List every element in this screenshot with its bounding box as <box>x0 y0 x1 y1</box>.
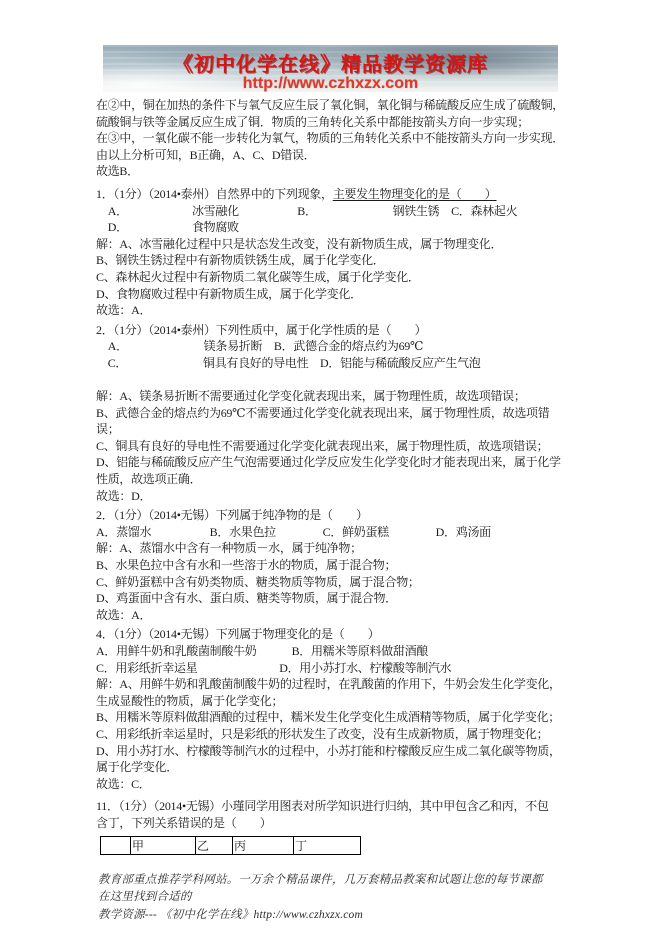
text-segment: C、铜具有良好的导电性不需要通过化学变化就表现出来，属于物理性质，故选项错误； <box>96 439 548 453</box>
text-segment: 由以上分析可知，B正确，A、C、D错误． <box>96 148 315 162</box>
page-footer: 教育部重点推荐学科网站。一万余个精品课件，几万套精品教案和试题让您的每节课都在这… <box>98 872 550 925</box>
relation-table-row: 甲乙丙丁 <box>101 836 361 854</box>
table-cell: 乙 <box>196 836 233 854</box>
text-line: 在②中，铜在加热的条件下与氧气反应生辰了氧化铜，氧化铜与稀硫酸反应生成了硫酸铜， <box>96 97 570 114</box>
text-segment: 属于化学变化． <box>96 760 178 774</box>
underlined-text: 主要发生物理变化的是（ ） <box>333 187 497 201</box>
text-line: D、鸡蛋面中含有水、蛋白质、糖类等物质，属于混合物． <box>96 590 570 607</box>
text-segment: 含丁，下列关系错误的是（ ） <box>96 816 272 830</box>
text-segment: C、森林起火过程中有新物质二氧化碳等生成，属于化学变化． <box>96 270 420 284</box>
text-segment: 1．（1分）（2014•泰州）自然界中的下列现象， <box>96 187 333 201</box>
text-segment: 在②中，铜在加热的条件下与氧气反应生辰了氧化铜，氧化铜与稀硫酸反应生成了硫酸铜， <box>96 98 564 112</box>
text-segment: B、钢铁生锈过程中有新物质铁锈生成，属于化学变化． <box>96 253 385 267</box>
text-line: 故选B． <box>96 163 570 180</box>
text-line: 4．（1分）（2014•无锡）下列属于物理变化的是（ ） <box>96 626 570 643</box>
text-line: 故选：D． <box>96 488 570 505</box>
text-line: 在③中，一氧化碳不能一步转化为氧气，物质的三角转化关系中不能按箭头方向一步实现． <box>96 130 570 147</box>
text-segment: 故选：A． <box>96 608 151 622</box>
text-line: 2．（1分）（2014•泰州）下列性质中，属于化学性质的是（ ） <box>96 322 570 339</box>
relation-table: 甲乙丙丁 <box>100 836 361 855</box>
text-segment: 解：A、蒸馏水中含有一种物质－水，属于纯净物； <box>96 541 362 555</box>
text-segment: B、武德合金的熔点约为69℃不需要通过化学变化就表现出来，属于物理性质，故选项错… <box>96 406 549 437</box>
text-segment: C、鲜奶蛋糕中含有奶类物质、糖类物质等物质，属于混合物； <box>96 575 420 589</box>
text-segment: 故选B． <box>96 164 139 178</box>
document-body: 在②中，铜在加热的条件下与氧气反应生辰了氧化铜，氧化铜与稀硫酸反应生成了硫酸铜，… <box>96 97 570 832</box>
text-line: C、用彩纸折幸运星时，只是彩纸的形状发生了改变，没有生成新物质，属于物理变化； <box>96 726 570 743</box>
text-line: 解：A、镁条易折断不需要通过化学变化就表现出来，属于物理性质，故选项错误； <box>96 388 570 405</box>
text-segment: A．用鲜牛奶和乳酸菌制酸牛奶 B．用糯米等原料做甜酒酿 <box>96 644 428 658</box>
banner-url: http://www.czhxzx.com <box>103 75 558 92</box>
text-line: 解：A、蒸馏水中含有一种物质－水，属于纯净物； <box>96 540 570 557</box>
table-cell: 丁 <box>294 836 361 854</box>
text-segment: 11．（1分）（2014•无锡）小瑾同学用图表对所学知识进行归纳，其中甲包含乙和… <box>96 799 549 813</box>
text-segment: D、用小苏打水、柠檬酸等制汽水的过程中，小苏打能和柠檬酸反应生成二氧化碳等物质， <box>96 744 561 758</box>
text-line: 故选：A． <box>96 607 570 624</box>
text-line: 11．（1分）（2014•无锡）小瑾同学用图表对所学知识进行归纳，其中甲包含乙和… <box>96 798 570 815</box>
text-line: A．用鲜牛奶和乳酸菌制酸牛奶 B．用糯米等原料做甜酒酿 <box>96 643 570 660</box>
text-line: A．蒸馏水 B．水果色拉 C．鲜奶蛋糕 D．鸡汤面 <box>96 524 570 541</box>
text-line: 故选：A． <box>96 302 570 319</box>
text-segment: 解：A、冰雪融化过程中只是状态发生改变，没有新物质生成，属于物理变化． <box>96 237 502 251</box>
text-segment: C．用彩纸折幸运星 D．用小苏打水、柠檬酸等制汽水 <box>96 661 451 675</box>
text-segment: 故选：A． <box>96 303 151 317</box>
text-line: D． 食物腐败 <box>96 219 570 236</box>
table-cell: 丙 <box>233 836 294 854</box>
text-line: D、用小苏打水、柠檬酸等制汽水的过程中，小苏打能和柠檬酸反应生成二氧化碳等物质， <box>96 743 570 760</box>
text-line: 含丁，下列关系错误的是（ ） <box>96 815 570 832</box>
text-segment: D、铝能与稀硫酸反应产生气泡需要通过化学反应发生化学变化时才能表现出来，属于化学 <box>96 455 561 469</box>
text-line: 故选：C． <box>96 776 570 793</box>
text-line: D、食物腐败过程中有新物质生成，属于化学变化． <box>96 286 570 303</box>
text-segment: 解：A、镁条易折断不需要通过化学变化就表现出来，属于物理性质，故选项错误； <box>96 389 526 403</box>
text-segment: B、水果色拉中含有水和一些溶于水的物质，属于混合物； <box>96 558 396 572</box>
text-line: 解：A、冰雪融化过程中只是状态发生改变，没有新物质生成，属于物理变化． <box>96 236 570 253</box>
text-line: A． 镁条易折断 B．武德合金的熔点约为69℃ <box>96 338 570 355</box>
text-segment: 性质，故选项正确． <box>96 472 201 486</box>
text-line: 由以上分析可知，B正确，A、C、D错误． <box>96 147 570 164</box>
text-line: C、森林起火过程中有新物质二氧化碳等生成，属于化学变化． <box>96 269 570 286</box>
text-segment: D． 食物腐败 <box>96 220 239 234</box>
text-line: C．用彩纸折幸运星 D．用小苏打水、柠檬酸等制汽水 <box>96 660 570 677</box>
text-segment: 硫酸铜与铁等金属反应生成了铜．物质的三角转化关系中都能按箭头方向一步实现； <box>96 115 529 129</box>
text-line: B、钢铁生锈过程中有新物质铁锈生成，属于化学变化． <box>96 252 570 269</box>
table-cell <box>101 836 131 854</box>
text-line: 生成显酸性的物质，属于化学变化； <box>96 693 570 710</box>
text-segment: A．蒸馏水 B．水果色拉 C．鲜奶蛋糕 D．鸡汤面 <box>96 525 491 539</box>
text-segment: D、食物腐败过程中有新物质生成，属于化学变化． <box>96 287 362 301</box>
text-segment: C． 铜具有良好的导电性 D．铝能与稀硫酸反应产生气泡 <box>96 356 480 370</box>
text-segment: 解：A、用鲜牛奶和乳酸菌制酸牛奶的过程时，在乳酸菌的作用下，牛奶会发生化学变化， <box>96 677 561 691</box>
text-segment: A． 镁条易折断 B．武德合金的熔点约为69℃ <box>96 339 423 353</box>
text-line: 属于化学变化． <box>96 759 570 776</box>
text-line: 性质，故选项正确． <box>96 471 570 488</box>
text-line: 2．（1分）（2014•无锡）下列属于纯净物的是（ ） <box>96 507 570 524</box>
site-banner: 《初中化学在线》精品教学资源库 http://www.czhxzx.com <box>103 45 558 92</box>
text-segment: 2．（1分）（2014•泰州）下列性质中，属于化学性质的是（ ） <box>96 323 426 337</box>
text-line: D、铝能与稀硫酸反应产生气泡需要通过化学反应发生化学变化时才能表现出来，属于化学 <box>96 454 570 471</box>
text-segment: A． 冰雪融化 B． 钢铁生锈 C．森林起火 <box>96 204 517 218</box>
banner-title: 《初中化学在线》精品教学资源库 <box>103 48 558 77</box>
text-segment: B、用糯米等原料做甜酒酿的过程中，糯米发生化学变化生成酒精等物质，属于化学变化； <box>96 710 560 724</box>
text-line: 1．（1分）（2014•泰州）自然界中的下列现象，主要发生物理变化的是（ ） <box>96 186 570 203</box>
table-cell: 甲 <box>131 836 196 854</box>
text-line: 解：A、用鲜牛奶和乳酸菌制酸牛奶的过程时，在乳酸菌的作用下，牛奶会发生化学变化， <box>96 676 570 693</box>
text-line: C、鲜奶蛋糕中含有奶类物质、糖类物质等物质，属于混合物； <box>96 574 570 591</box>
text-segment: D、鸡蛋面中含有水、蛋白质、糖类等物质，属于混合物． <box>96 591 397 605</box>
text-line: A． 冰雪融化 B． 钢铁生锈 C．森林起火 <box>96 203 570 220</box>
text-segment: 2．（1分）（2014•无锡）下列属于纯净物的是（ ） <box>96 508 368 522</box>
text-line: C、铜具有良好的导电性不需要通过化学变化就表现出来，属于物理性质，故选项错误； <box>96 438 570 455</box>
text-line <box>96 372 570 389</box>
text-segment: 故选：C． <box>96 777 151 791</box>
footer-line: 教学资源--- 《初中化学在线》http://www.czhxzx.com <box>98 907 550 925</box>
text-segment: 生成显酸性的物质，属于化学变化； <box>96 694 283 708</box>
text-line: B、用糯米等原料做甜酒酿的过程中，糯米发生化学变化生成酒精等物质，属于化学变化； <box>96 709 570 726</box>
text-line: B、武德合金的熔点约为69℃不需要通过化学变化就表现出来，属于物理性质，故选项错… <box>96 405 570 438</box>
text-line: C． 铜具有良好的导电性 D．铝能与稀硫酸反应产生气泡 <box>96 355 570 372</box>
text-line: B、水果色拉中含有水和一些溶于水的物质，属于混合物； <box>96 557 570 574</box>
text-line: 硫酸铜与铁等金属反应生成了铜．物质的三角转化关系中都能按箭头方向一步实现； <box>96 114 570 131</box>
text-segment: 在③中，一氧化碳不能一步转化为氧气，物质的三角转化关系中不能按箭头方向一步实现． <box>96 131 564 145</box>
footer-line: 教育部重点推荐学科网站。一万余个精品课件，几万套精品教案和试题让您的每节课都在这… <box>98 872 550 907</box>
text-segment: 故选：D． <box>96 489 151 503</box>
text-segment: 4．（1分）（2014•无锡）下列属于物理变化的是（ ） <box>96 627 380 641</box>
text-segment: C、用彩纸折幸运星时，只是彩纸的形状发生了改变，没有生成新物质，属于物理变化； <box>96 727 548 741</box>
